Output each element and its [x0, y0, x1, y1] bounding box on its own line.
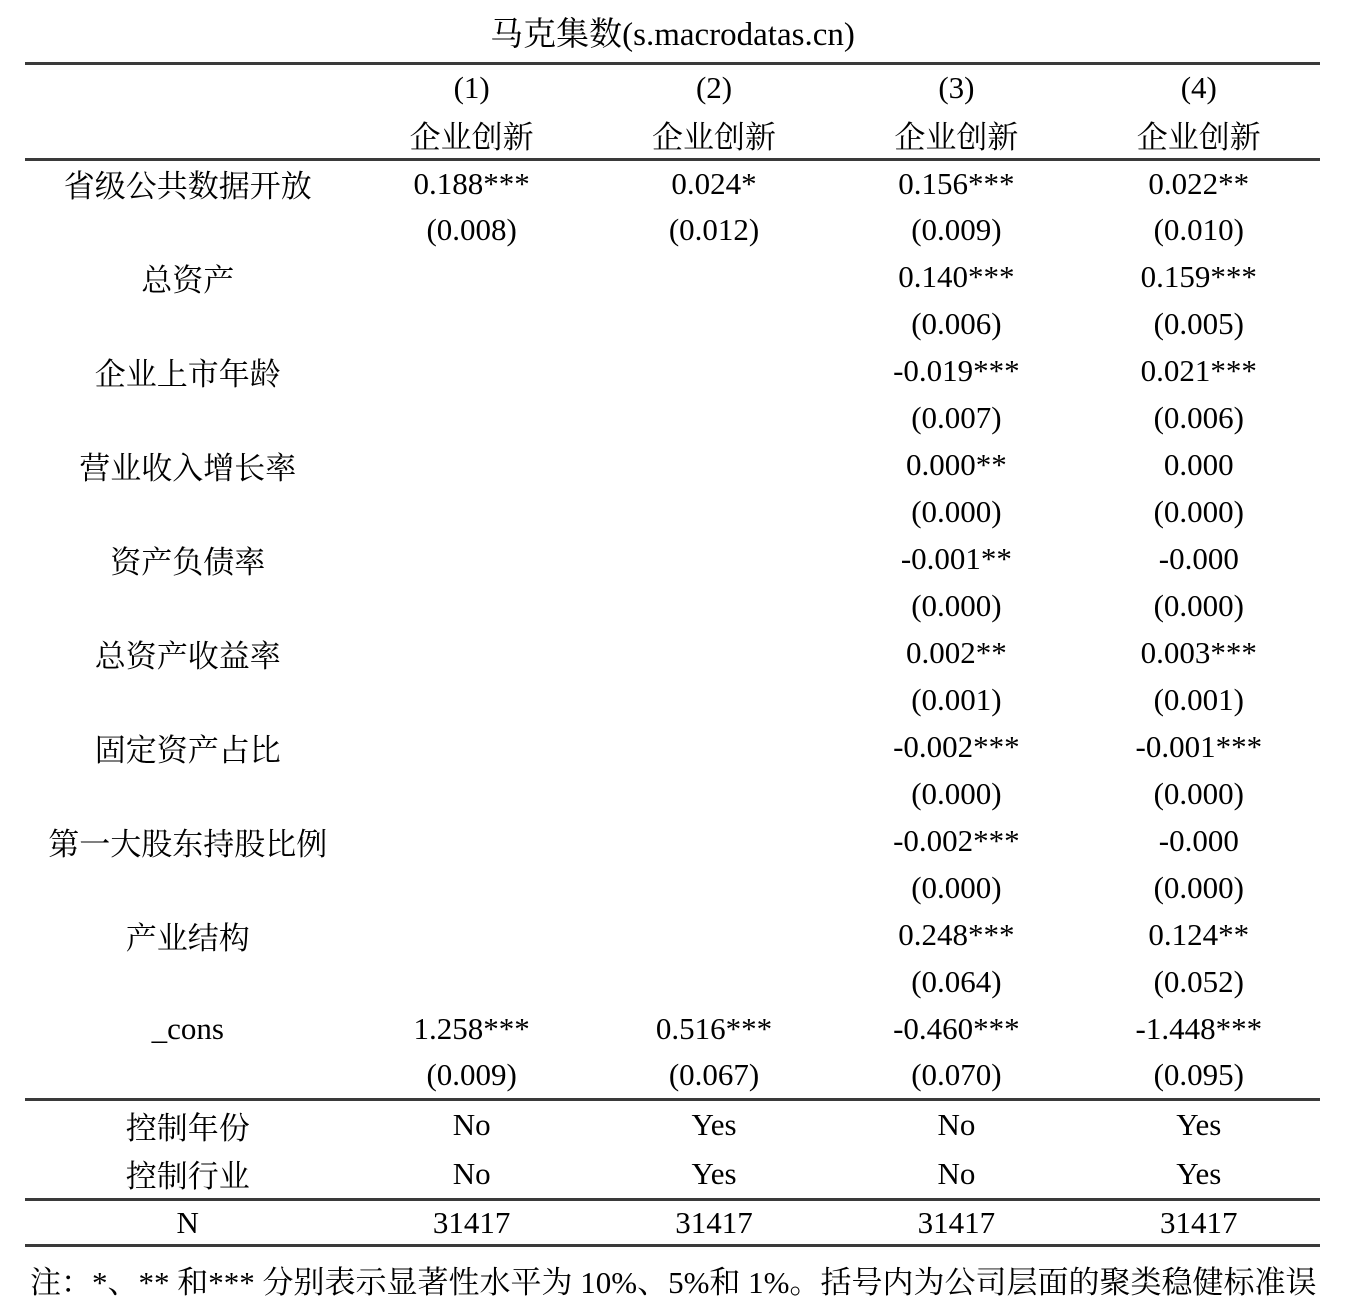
control-value: No: [835, 1150, 1077, 1200]
se-row: (0.001) (0.001): [25, 677, 1320, 724]
observations-row: N 31417 31417 31417 31417: [25, 1200, 1320, 1246]
coef-cell: 0.000: [1078, 442, 1320, 489]
coef-cell: -0.002***: [835, 818, 1077, 865]
table-note: 注：*、** 和*** 分别表示显著性水平为 10%、5%和 1%。括号内为公司…: [30, 1257, 1348, 1302]
coef-cell: 0.024*: [593, 160, 835, 207]
control-value: No: [835, 1100, 1077, 1150]
se-cell: (0.007): [835, 395, 1077, 442]
dep-var-label: 企业创新: [593, 112, 835, 160]
se-cell: (0.009): [351, 1053, 593, 1100]
dep-var-label: 企业创新: [835, 112, 1077, 160]
regression-table: (1) (2) (3) (4) 企业创新 企业创新 企业创新 企业创新 省级公共…: [25, 62, 1320, 1247]
se-cell: (0.064): [835, 959, 1077, 1006]
coef-cell: [351, 724, 593, 771]
column-number: (3): [835, 64, 1077, 112]
row-label-spacer: [25, 207, 351, 254]
coef-cell: -0.000: [1078, 536, 1320, 583]
control-value: Yes: [1078, 1150, 1320, 1200]
se-cell: (0.095): [1078, 1053, 1320, 1100]
coef-row: 营业收入增长率 0.000** 0.000: [25, 442, 1320, 489]
se-cell: [351, 677, 593, 724]
se-row: (0.064) (0.052): [25, 959, 1320, 1006]
se-cell: [351, 395, 593, 442]
coef-cell: 0.140***: [835, 254, 1077, 301]
se-row: (0.009) (0.067) (0.070) (0.095): [25, 1053, 1320, 1100]
control-value: Yes: [1078, 1100, 1320, 1150]
se-cell: [351, 959, 593, 1006]
se-cell: [351, 865, 593, 912]
row-label: 固定资产占比: [25, 724, 351, 771]
document-page: 马克集数(s.macrodatas.cn) (1) (2) (3) (4) 企业…: [0, 0, 1348, 1302]
se-cell: (0.008): [351, 207, 593, 254]
coef-cell: 1.258***: [351, 1006, 593, 1053]
coef-row: 总资产 0.140*** 0.159***: [25, 254, 1320, 301]
coef-cell: 0.022**: [1078, 160, 1320, 207]
coef-cell: [351, 818, 593, 865]
se-cell: (0.000): [835, 489, 1077, 536]
se-cell: (0.001): [835, 677, 1077, 724]
se-cell: (0.052): [1078, 959, 1320, 1006]
coef-row: 固定资产占比 -0.002*** -0.001***: [25, 724, 1320, 771]
coef-cell: 0.003***: [1078, 630, 1320, 677]
coef-cell: -1.448***: [1078, 1006, 1320, 1053]
se-cell: (0.000): [1078, 865, 1320, 912]
coef-cell: [351, 254, 593, 301]
coef-cell: [351, 348, 593, 395]
row-label: 总资产: [25, 254, 351, 301]
coef-cell: 0.516***: [593, 1006, 835, 1053]
se-cell: (0.005): [1078, 301, 1320, 348]
se-row: (0.000) (0.000): [25, 489, 1320, 536]
row-label: 产业结构: [25, 912, 351, 959]
se-cell: (0.010): [1078, 207, 1320, 254]
se-cell: [593, 771, 835, 818]
coef-row: _cons 1.258*** 0.516*** -0.460*** -1.448…: [25, 1006, 1320, 1053]
se-cell: [593, 301, 835, 348]
coef-cell: -0.000: [1078, 818, 1320, 865]
se-cell: (0.000): [835, 865, 1077, 912]
coef-cell: -0.019***: [835, 348, 1077, 395]
n-value: 31417: [1078, 1200, 1320, 1246]
row-label-spacer: [25, 865, 351, 912]
se-cell: [593, 959, 835, 1006]
se-cell: [351, 771, 593, 818]
se-cell: [593, 677, 835, 724]
se-cell: [593, 583, 835, 630]
coef-cell: -0.002***: [835, 724, 1077, 771]
row-label: 企业上市年龄: [25, 348, 351, 395]
se-cell: (0.009): [835, 207, 1077, 254]
se-row: (0.000) (0.000): [25, 771, 1320, 818]
se-row: (0.006) (0.005): [25, 301, 1320, 348]
se-cell: (0.000): [835, 771, 1077, 818]
coef-cell: 0.248***: [835, 912, 1077, 959]
coef-cell: [593, 348, 835, 395]
column-number: (1): [351, 64, 593, 112]
row-label: 资产负债率: [25, 536, 351, 583]
se-row: (0.008) (0.012) (0.009) (0.010): [25, 207, 1320, 254]
column-number-row: (1) (2) (3) (4): [25, 64, 1320, 112]
coef-row: 第一大股东持股比例 -0.002*** -0.000: [25, 818, 1320, 865]
row-label: _cons: [25, 1006, 351, 1053]
se-cell: (0.001): [1078, 677, 1320, 724]
se-cell: (0.000): [1078, 583, 1320, 630]
coef-cell: -0.001***: [1078, 724, 1320, 771]
control-value: Yes: [593, 1150, 835, 1200]
row-label: 总资产收益率: [25, 630, 351, 677]
coef-row: 总资产收益率 0.002** 0.003***: [25, 630, 1320, 677]
coef-cell: [593, 630, 835, 677]
coef-cell: 0.124**: [1078, 912, 1320, 959]
coef-cell: 0.021***: [1078, 348, 1320, 395]
coef-cell: [593, 912, 835, 959]
coef-row: 企业上市年龄 -0.019*** 0.021***: [25, 348, 1320, 395]
coef-cell: -0.001**: [835, 536, 1077, 583]
coef-row: 省级公共数据开放 0.188*** 0.024* 0.156*** 0.022*…: [25, 160, 1320, 207]
se-cell: [351, 301, 593, 348]
row-label-spacer: [25, 489, 351, 536]
coef-cell: [593, 536, 835, 583]
header-spacer: [25, 112, 351, 160]
row-label-spacer: [25, 583, 351, 630]
coef-cell: [351, 536, 593, 583]
table-title: 马克集数(s.macrodatas.cn): [25, 0, 1320, 62]
coef-cell: [593, 442, 835, 489]
row-label-spacer: [25, 677, 351, 724]
coef-cell: 0.000**: [835, 442, 1077, 489]
n-value: 31417: [835, 1200, 1077, 1246]
se-cell: [593, 489, 835, 536]
se-cell: (0.000): [835, 583, 1077, 630]
coef-cell: [593, 818, 835, 865]
coef-cell: 0.159***: [1078, 254, 1320, 301]
se-cell: [593, 395, 835, 442]
row-label-spacer: [25, 395, 351, 442]
row-label: 省级公共数据开放: [25, 160, 351, 207]
control-value: No: [351, 1150, 593, 1200]
control-value: Yes: [593, 1100, 835, 1150]
row-label-spacer: [25, 1053, 351, 1100]
se-row: (0.000) (0.000): [25, 865, 1320, 912]
control-value: No: [351, 1100, 593, 1150]
coef-cell: -0.460***: [835, 1006, 1077, 1053]
row-label: 控制年份: [25, 1100, 351, 1150]
se-cell: (0.006): [1078, 395, 1320, 442]
se-cell: [351, 489, 593, 536]
row-label-spacer: [25, 771, 351, 818]
row-label-spacer: [25, 959, 351, 1006]
se-cell: (0.006): [835, 301, 1077, 348]
row-label: 营业收入增长率: [25, 442, 351, 489]
row-label: 控制行业: [25, 1150, 351, 1200]
n-value: 31417: [593, 1200, 835, 1246]
header-spacer: [25, 64, 351, 112]
coef-cell: [351, 630, 593, 677]
coef-cell: 0.002**: [835, 630, 1077, 677]
se-cell: (0.012): [593, 207, 835, 254]
coef-cell: [593, 254, 835, 301]
se-cell: [593, 865, 835, 912]
column-number: (4): [1078, 64, 1320, 112]
dep-var-row: 企业创新 企业创新 企业创新 企业创新: [25, 112, 1320, 160]
dep-var-label: 企业创新: [351, 112, 593, 160]
coef-row: 资产负债率 -0.001** -0.000: [25, 536, 1320, 583]
coef-cell: 0.188***: [351, 160, 593, 207]
row-label: N: [25, 1200, 351, 1246]
control-row-year: 控制年份 No Yes No Yes: [25, 1100, 1320, 1150]
se-cell: (0.000): [1078, 771, 1320, 818]
se-cell: (0.067): [593, 1053, 835, 1100]
se-row: (0.000) (0.000): [25, 583, 1320, 630]
coef-cell: 0.156***: [835, 160, 1077, 207]
control-row-industry: 控制行业 No Yes No Yes: [25, 1150, 1320, 1200]
row-label-spacer: [25, 301, 351, 348]
row-label: 第一大股东持股比例: [25, 818, 351, 865]
se-cell: [351, 583, 593, 630]
coef-cell: [351, 912, 593, 959]
column-number: (2): [593, 64, 835, 112]
coef-cell: [351, 442, 593, 489]
se-cell: (0.000): [1078, 489, 1320, 536]
n-value: 31417: [351, 1200, 593, 1246]
se-cell: (0.070): [835, 1053, 1077, 1100]
dep-var-label: 企业创新: [1078, 112, 1320, 160]
coef-cell: [593, 724, 835, 771]
se-row: (0.007) (0.006): [25, 395, 1320, 442]
coef-row: 产业结构 0.248*** 0.124**: [25, 912, 1320, 959]
